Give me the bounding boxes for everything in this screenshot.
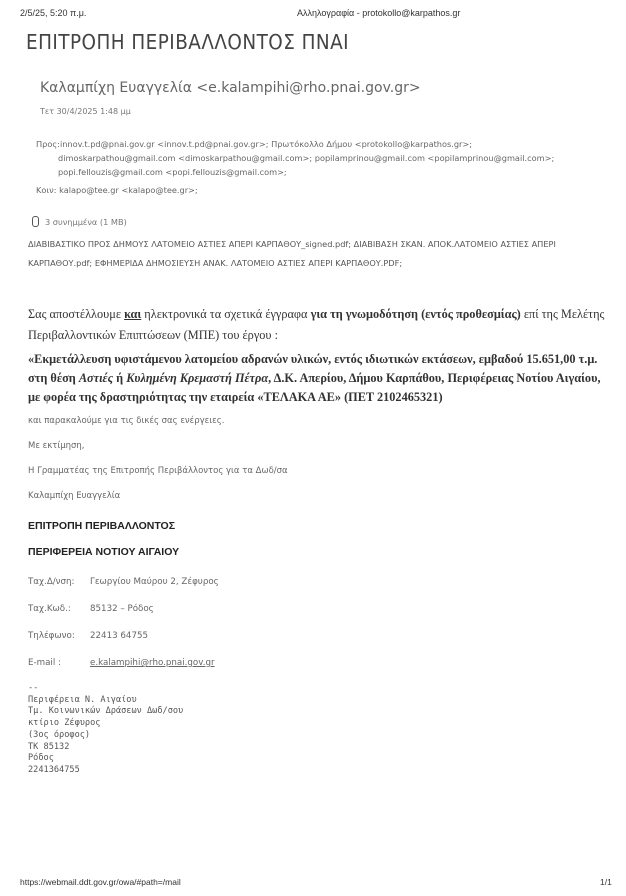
page-number: 1/1 xyxy=(600,877,612,887)
sent-timestamp: Τετ 30/4/2025 1:48 μμ xyxy=(40,107,131,116)
sender-name-text: Καλαμπίχη Ευαγγελία xyxy=(28,491,120,501)
emphasis-kai: και xyxy=(124,307,141,321)
follow-up-text: και παρακαλούμε για τις δικές σας ενέργε… xyxy=(28,416,224,426)
project-title: «Εκμετάλλευση υφιστάμενου λατομείου αδρα… xyxy=(28,350,613,407)
sender[interactable]: Καλαμπίχη Ευαγγελία <e.kalampihi@rho.pna… xyxy=(40,80,421,96)
cc-recipients: Κοιν: kalapo@tee.gr <kalapo@tee.gr>; xyxy=(36,185,198,195)
to-recipients: Προς:innov.t.pd@pnai.gov.gr <innov.t.pd@… xyxy=(36,137,554,179)
attachment-link[interactable]: ΕΦΗΜΕΡΙΔΑ ΔΗΜΟΣΙΕΥΣΗ ΑΝΑΚ. ΛΑΤΟΜΕΙΟ ΑΣΤΙ… xyxy=(95,258,402,268)
to-line-3[interactable]: popi.fellouzis@gmail.com <popi.fellouzis… xyxy=(36,165,554,179)
signature-org: ΕΠΙΤΡΟΠΗ ΠΕΡΙΒΑΛΛΟΝΤΟΣ xyxy=(28,520,175,532)
to-label: Προς: xyxy=(36,139,60,149)
signature-postcode: Ταχ.Κωδ.:85132 – Ρόδος xyxy=(28,604,154,614)
body-paragraph-intro: Σας αποστέλλουμε και ηλεκτρονικά τα σχετ… xyxy=(28,304,608,346)
regards-text: Με εκτίμηση, xyxy=(28,441,85,451)
signature-region: ΠΕΡΙΦΕΡΕΙΑ ΝΟΤΙΟΥ ΑΙΓΑΙΟΥ xyxy=(28,546,179,558)
folder-title: ΕΠΙΤΡΟΠΗ ΠΕΡΙΒΑΛΛΟΝΤΟΣ ΠΝΑΙ xyxy=(26,30,349,54)
recipient[interactable]: innov.t.pd@pnai.gov.gr <innov.t.pd@pnai.… xyxy=(60,139,472,149)
cc-recipient[interactable]: kalapo@tee.gr <kalapo@tee.gr>; xyxy=(59,185,198,195)
print-page-title: Αλληλογραφία - protokollo@karpathos.gr xyxy=(297,8,460,18)
attachment-list: ΔΙΑΒΙΒΑΣΤΙΚΟ ΠΡΟΣ ΔΗΜΟΥΣ ΛΑΤΟΜΕΙΟ ΑΣΤΙΕΣ… xyxy=(28,235,598,273)
plain-signature: -- Περιφέρεια Ν. Αιγαίου Τμ. Κοινωνικών … xyxy=(28,683,183,777)
attachment-link[interactable]: ΔΙΑΒΙΒΑΣΤΙΚΟ ΠΡΟΣ ΔΗΜΟΥΣ ΛΑΤΟΜΕΙΟ ΑΣΤΙΕΣ… xyxy=(28,239,351,249)
attachments-count: 3 συνημμένα (1 MB) xyxy=(45,217,127,227)
cc-label: Κοιν: xyxy=(36,185,56,195)
to-line-1: Προς:innov.t.pd@pnai.gov.gr <innov.t.pd@… xyxy=(36,137,554,151)
paperclip-icon xyxy=(32,216,39,227)
attachments-summary[interactable]: 3 συνημμένα (1 MB) xyxy=(32,216,127,227)
signature-address: Ταχ.Δ/νση:Γεωργίου Μαύρου 2, Ζέφυρος xyxy=(28,577,219,587)
role-text: Η Γραμματέας της Επιτροπής Περιβάλλοντος… xyxy=(28,466,288,476)
signature-phone: Τηλέφωνο:22413 64755 xyxy=(28,631,148,641)
email-link[interactable]: e.kalampihi@rho.pnai.gov.gr xyxy=(90,658,215,668)
signature-email: E-mail :e.kalampihi@rho.pnai.gov.gr xyxy=(28,658,215,668)
print-url: https://webmail.ddt.gov.gr/owa/#path=/ma… xyxy=(20,877,181,887)
to-line-2[interactable]: dimoskarpathou@gmail.com <dimoskarpathou… xyxy=(36,151,554,165)
print-date: 2/5/25, 5:20 π.μ. xyxy=(20,8,86,18)
